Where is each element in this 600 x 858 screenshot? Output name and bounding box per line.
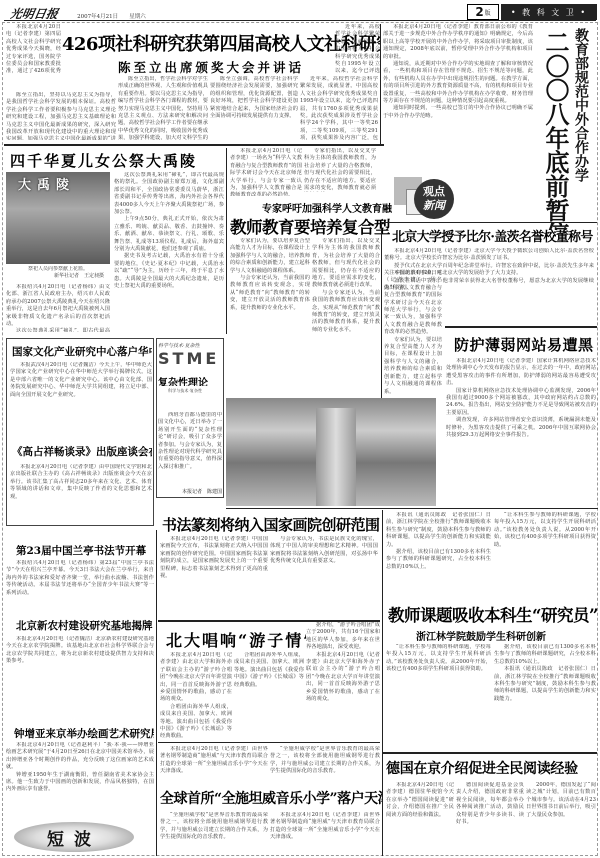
teacher-ed-top-col2: 专家们指出，以及交叉学科为主体的我国教师教育，为社会培养了大量的合格教师，但与现…	[304, 148, 376, 192]
teacher-research-col1: “让本科生参与教师的科研课题，学校每年投入15万元，以支持学生开展科研活动。”该…	[386, 644, 491, 730]
teacher-ed-headline: 教师教育要培养复合型高能力人才	[230, 214, 390, 236]
calligraphy-headline: 书法篆刻将纳入国家画院创研范围	[162, 514, 382, 534]
masthead: 光明日报 2007年4月21日 星期六	[10, 3, 210, 19]
yuling-photo-caption: 祭祀人员向参祭献上花篮。 新华社记者 王定昶摄	[6, 266, 110, 282]
german-reading-headline: 德国在京介绍促进全民阅读经验	[386, 758, 598, 778]
lead-body-col1: 陈至立指出，坚持以马克思主义为指导，是我国哲学社会科学发展的根本保证。高校哲学社…	[6, 92, 116, 140]
teacher-research-headline: 教师课题吸收本科生“研究员”	[388, 602, 598, 626]
yuling-body-bottom: 本报绍兴4月20日电（记者杨纬）由文化部、浙江省人民政府主办，绍兴市人民政府承办…	[6, 284, 110, 332]
page-section-header: 2 版 • 教 科 文 卫 •	[467, 4, 597, 20]
teacher-research-top-col2: “让本科生参与教师的科研课题，学校每年投入15万元，以支持学生开展科研活动。”该…	[494, 512, 596, 596]
lanting-headline: 第23届中国兰亭书法节开幕	[16, 543, 156, 559]
teacher-research-col2: 据介绍，该校目前已有1300多名本科生参与了教师的科研课题研究，占全校本科生总数…	[494, 644, 596, 730]
stme-title: 复杂性理论	[158, 374, 222, 386]
short-wave-label: 短波	[14, 822, 134, 852]
page-number: 2	[475, 5, 483, 19]
steinway-col1: “全施坦威学校”是世界音乐教育的最高荣誉之一，该校将全部使用施坦威钢琴进行教学，…	[160, 812, 268, 854]
stme-info: 科学与技术·复杂性	[158, 388, 222, 410]
yuling-photo-banner: 大禹陵	[6, 172, 110, 195]
gao-zhanxiang-headline: 《高占祥畅谈录》出版座谈会在京举行	[12, 444, 152, 460]
teacher-research-subheadline: 浙江林学院鼓励学生科研创新	[416, 628, 586, 642]
sino-foreign-subheadline: 教育部规范中外合作办学	[570, 28, 592, 198]
section-banner: • 教 科 文 卫 •	[501, 4, 597, 20]
culture-center-headline: 国家文化产业研究中心落户华中师大	[12, 344, 152, 360]
lead-intro: 本报北京4月20日电（记者李建）第四届高校人文社会科学研究优秀成果今天揭晓，经过…	[6, 24, 61, 74]
stme-logo: 科学与技术·复杂性 STME	[158, 342, 222, 372]
website-security-headline: 防护薄弱网站易遭黑客	[454, 334, 594, 354]
calligraphy-col1: 本报北京4月20日电（记者李建）中国国家画院今天宣布，书法篆刻将正式纳入中国国家…	[160, 536, 268, 616]
youzi-col1: 本报北京4月20日电（记者李建）由北京大学和海外赤子联谊会主办的“游子吟合唱团”…	[160, 652, 232, 738]
teacher-ed-col1: 专家们认为，要以培养复合型高能力人才为目标，在课程设计上加强科学与人文的融合，培…	[230, 238, 310, 338]
sino-foreign-headline: 二〇〇八年底前暂停中外合作类高职审批	[540, 30, 570, 230]
lead-headline: 426项社科研究获第四届高校人文社科研究优秀成果奖	[62, 30, 380, 56]
paper-name: 光明日报	[10, 5, 60, 19]
new-village-headline: 北京新农村建设研究基地揭牌	[16, 618, 156, 634]
peking-honor-headline: 北京大学授予比尔·盖茨名誉校董称号	[392, 226, 597, 244]
stme-credit: 本报记者 陈建国	[160, 488, 222, 496]
yuling-photo: 大禹陵	[6, 172, 110, 264]
lead-subheadline: 陈至立出席颁奖大会并讲话	[118, 58, 328, 74]
youzi-col3: 据介绍，“游子吟合唱团”成立于2000年，共有16个国家和地区的华人参加，多年来…	[306, 622, 380, 736]
lead-body-col4: 近年来，高校哲学社会科学繁荣发展，成就显著。中国高校人文社会科学研究优秀成果奖自…	[300, 76, 378, 140]
calligraphy-col2: 与会专家认为，书法是民族文化的瑰宝，体现了中国人的审美理想和艺术精神。中国国家画…	[270, 536, 378, 616]
zhong-zengya-body: 本报北京4月20日电（记者赵利平）“我·本·我——钟增亚绘画艺术研究展”于4月2…	[6, 742, 154, 818]
steinway-top-col1: 本报北京4月20日电（记者李建）由世界著名钢琴制造商“施坦威”与天津市教育局联合…	[160, 746, 268, 786]
website-security-body: 本报北京4月20日电（记者李建）国家计算机网络应急技术处理协调中心今天发布的报告…	[446, 358, 596, 508]
german-reading-col2: 德国阅读促进基金会负责人介绍，德国政府非常重视全民阅读，每年都会举办各种阅读推广…	[456, 782, 524, 854]
steinway-headline: 全球首所“全施坦威音乐小学”落户天津	[160, 788, 382, 810]
german-reading-col3: 2000年，德国发起了“阅读之城”计划，目前已有数百个城市参与。该活动在4月23…	[526, 782, 596, 854]
lead-body-col2: 陈至立指出，哲学社会科学对学生形成正确的世界观、人生观和价值观具有重要作用。要以…	[118, 76, 208, 140]
steinway-col2: 本报北京4月20日电（记者李建）由世界著名钢琴制造商“施坦威”与天津市教育局联合…	[270, 812, 380, 854]
opinion-news-badge: 观点 新闻	[414, 179, 454, 219]
german-reading-col1: 本报北京4月20日电（记者李建）德国驻华使馆今天在京举办“德国阅读促进”研讨会，…	[386, 782, 454, 854]
peking-youzi-headline: 北大唱响“游子情”	[166, 628, 306, 650]
teacher-ed-col3: 本报北京4月20日电（记者李建）一场名为“科学人文教育融合与复合型教师教育”的国…	[384, 270, 442, 400]
page-unit: 版	[485, 8, 491, 17]
yuling-body-right: 这次公祭典礼采用“禘礼”，即古代最高规格的祭礼。全国政协副主席郑万通，文化部副部…	[114, 172, 224, 332]
calligraphy-photo	[226, 398, 436, 506]
section-name: • 教 科 文 卫 •	[511, 7, 587, 18]
opinion-news-logo: 观点 新闻	[392, 175, 457, 225]
zhong-zengya-headline: 钟增亚来京举办绘画艺术研究展	[14, 726, 154, 742]
teacher-ed-col2: 专家们指出，以及交叉学科为主体的我国教师教育，为社会培养了大量的合格教师，但与现…	[312, 238, 380, 336]
new-village-body: 本报北京4月20日电（记者魏洁）北京新农村建设研究基地今天在北京农学院揭牌。该基…	[6, 636, 154, 692]
gao-zhanxiang-body: 本报北京4月20日电（记者李建）由中国现代文学馆和北京出版社联合主办的《高占祥畅…	[10, 464, 152, 522]
lanting-body: 本报绍兴4月20日电（记者杨纬）第23届“中国兰亭书法节”今天在绍兴兰亭开幕。今…	[6, 560, 154, 614]
teacher-ed-kicker: 专家呼吁加强科学人文教育融合	[262, 200, 392, 214]
issue-weekday: 星期六	[129, 14, 146, 19]
yuling-headline: 四千华夏儿女公祭大禹陵	[10, 150, 230, 170]
lead-body-col3: 陈至立强调，高校哲学社会科学要围绕经济社会发展需要，加强研究的组织和管理，优化资…	[210, 76, 298, 140]
teacher-research-top-col1: 本报讯（通讯员陈政 记者张国仁）日前，浙江林学院在全校推行“教师课题吸收本科生参…	[386, 512, 491, 596]
stme-body: 西班牙首都马德里的中国文化中心，近日举办了一场别开生面的“复杂性理论”研讨会，吸…	[158, 412, 222, 490]
teacher-ed-top-col1: 本报北京4月20日电（记者李建）一场名为“科学人文教育融合与复合型教师教育”的国…	[230, 148, 302, 196]
page-number-box: 2 版	[467, 4, 499, 20]
youzi-col2: 合唱团由海外华人组成，成员来自美国、加拿大、欧洲等地。演出曲目包括《我爱你中国》…	[234, 652, 304, 738]
lead-body-top-right: 近年来，高校哲学社会科学繁荣发展，成就显著。中国高校人文社会科学研究优秀成果奖自…	[335, 24, 380, 74]
culture-center-body: 本报武汉4月20日电（记者魏洁）今天上午，华中师范大学国家文化产业研究中心在华中…	[10, 362, 152, 438]
steinway-top-col2: “全施坦威学校”是世界音乐教育的最高荣誉之一，该校将全部使用施坦威钢琴进行教学，…	[270, 746, 380, 786]
issue-date: 2007年4月21日	[77, 14, 118, 19]
